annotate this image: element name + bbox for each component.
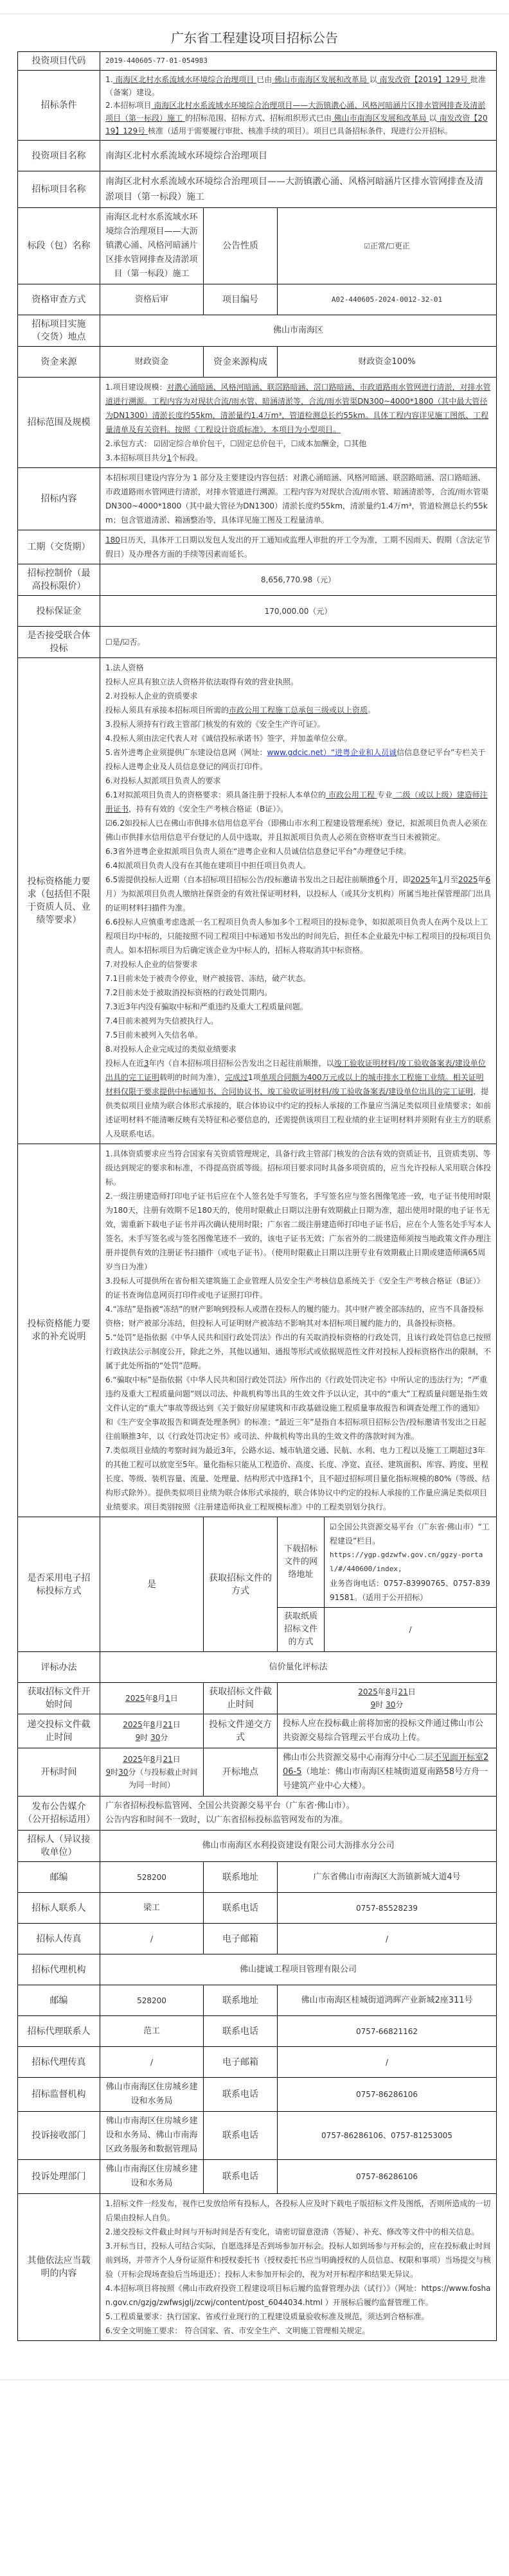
req-line: 7.4目前未被列为失信被执行人。 xyxy=(105,1014,491,1028)
label-download-url: 下载招标文件的网络地址 xyxy=(278,1517,325,1608)
contract-type: 2.承包方式： ☑固定综合单价包干，☐固定总价包干，☐成本加酬金，☐其他 xyxy=(105,437,491,451)
value-invest-name: 南海区北村水系流域水环境综合治理项目 xyxy=(100,141,497,171)
text: 以 xyxy=(370,75,377,84)
label-section: 标段（包）名称 xyxy=(18,208,100,284)
row-complaint-recv: 投诉接收部门 佛山市南海区住房城乡建设和水务局、佛山市南海区政务服务和数据管理局… xyxy=(18,2112,497,2160)
supplement-item: 7.类似项目业绩的考察时间为最近3年，公路水运、城市轨道交通、民航、水利、电力工… xyxy=(105,1443,491,1514)
label-fax: 招标代理传真 xyxy=(18,2047,100,2078)
value-scope: 1.项目建设规模：对漖心涌暗涵、风格河暗涵、联滘路暗涵、滘口路暗涵、市政道路雨水… xyxy=(100,378,497,468)
label-agency: 招标代理机构 xyxy=(18,1954,100,1985)
supplement-item: 6.“骗取中标”是指依据《中华人民共和国行政处罚法》所作出的《行政处罚决定书》中… xyxy=(105,1373,491,1443)
value-fax: / xyxy=(100,2047,204,2078)
specialty: 市政公用工程 xyxy=(326,790,377,799)
hour: 9 xyxy=(136,1733,141,1742)
text: 年内（自本招标项目招标公告发出之日起往前顺推，以 xyxy=(149,1059,334,1068)
value-invest-code: 2019-440605-77-01-054983 xyxy=(100,52,497,71)
months: 6 xyxy=(375,875,380,884)
minute: 30 xyxy=(386,1700,395,1709)
req-line: 8.对投标人企业完成过的类似业绩要求 xyxy=(105,1042,491,1056)
checkbox-unchecked-icon[interactable]: ☐ xyxy=(388,242,395,250)
label-project-code: 项目编号 xyxy=(204,284,278,315)
req-line: 3.投标人须持有行政主管部门核发的有效的《安全生产许可证》。 xyxy=(105,717,491,731)
row-scope: 招标范围及规模 1.项目建设规模：对漖心涌暗涵、风格河暗涵、联滘路暗涵、滘口路暗… xyxy=(18,378,497,468)
bottom-divider xyxy=(0,2341,509,2380)
value-paper-method: / xyxy=(325,1608,497,1652)
text: 个月，即 xyxy=(380,875,411,884)
media-line: 公告内容和时间不一致时，以广东省招标投标监管网发布的为准。 xyxy=(105,1813,491,1827)
text: 6.1对拟派项目负责人的资格要求：须具备注册于投标人本单位的 xyxy=(105,790,326,799)
row-supervisor: 招标监督机构 佛山市南海区住房城乡建设和水务局 联系电话 0757-862861… xyxy=(18,2078,497,2112)
label-zip: 邮编 xyxy=(18,1985,100,2016)
value-phone: 0757-66821162 xyxy=(278,2016,497,2047)
value-deposit: 170,000.00（元） xyxy=(100,596,497,627)
value-phone: 0757-86286106 xyxy=(278,2078,497,2112)
minute: 30 xyxy=(118,1768,128,1777)
label-opening-place: 开标地点 xyxy=(204,1748,278,1797)
value-email: / xyxy=(278,1924,497,1954)
supplement-item: 3.投标人可提供所在省份相关建筑施工企业管理人员安全生产考核信息系统关于《安全生… xyxy=(105,1274,491,1302)
label-scope: 招标范围及规模 xyxy=(18,378,100,468)
row-funding: 资金来源 财政资金 资金来源构成 财政资金100% xyxy=(18,347,497,378)
label-obtain-start: 获取招标文件开始时间 xyxy=(18,1683,100,1714)
row-tenderer-fax: 招标人传真 / 电子邮箱 / xyxy=(18,1924,497,1954)
value-supplement: 1.具体资质要求应当符合国家有关资质管理规定，具备行政主管部门核发的合法有效的资… xyxy=(100,1144,497,1517)
value-requirements: 1.法人资格 投标人应具有独立法人资格并依法取得有效的营业执照。 2.对投标人企… xyxy=(100,658,497,1144)
label-phone: 联系电话 xyxy=(204,1893,278,1924)
approval-doc-ref: 南发改资【2019】129号 xyxy=(377,75,470,84)
text: 投标人须具有承接本招标项目所需的 xyxy=(105,706,229,715)
value-phone: 0757-86286106、0757-81253005 xyxy=(278,2112,497,2160)
day: 21 xyxy=(163,1720,172,1729)
consult-phone: 业务咨询电话：0757-83990765、0757-83991581。（适用于公… xyxy=(330,1576,491,1605)
value-funding: 财政资金 xyxy=(100,347,204,378)
text: 5.省外进粤企业须提供广东建设信息网（网址： xyxy=(105,748,267,757)
req-line: ☑6.2如投标人已在佛山市供排水信用信息平台（即佛山市水利工程建设管理系统）登记… xyxy=(105,816,491,844)
value-period: 180日历天，具体开工日期以发包人发出的开工通知或监理人审批的开工令为准，工期不… xyxy=(100,530,497,564)
req-line: 6.6投标人应慎重考虑选派一名工程项目负责人参加多个工程项目的投标竞争，如拟派项… xyxy=(105,915,491,957)
year: 2025 xyxy=(411,875,431,884)
value-complaint-recv: 佛山市南海区住房城乡建设和水务局、佛山市南海区政务服务和数据管理局 xyxy=(100,2112,204,2160)
text: 1.项目建设规模： xyxy=(105,383,166,392)
row-agency-contact: 招标代理联系人 范工 联系电话 0757-66821162 xyxy=(18,2016,497,2047)
approver-ref: 佛山市南海区发展和改革局 xyxy=(272,75,370,84)
value-phone: 0757-85528239 xyxy=(278,1893,497,1924)
label-paper-method: 获取纸质招标文件的方式 xyxy=(278,1608,325,1652)
text: 个标段。 xyxy=(172,453,202,462)
other-item: 5.工程质量要求：执行国家、省或行业现行的工程建设质量验收标准及规范，须达到合格… xyxy=(105,2310,491,2324)
value-phone: 0757-86286106 xyxy=(278,2160,497,2194)
text: 3.本招标项目共分 xyxy=(105,453,166,462)
label-funding: 资金来源 xyxy=(18,347,100,378)
label-supervisor: 招标监督机构 xyxy=(18,2078,100,2112)
period-days: 180 xyxy=(105,535,120,544)
value-supervisor: 佛山市南海区住房城乡建设和水务局 xyxy=(100,2078,204,2112)
year: 2025 xyxy=(125,1694,145,1703)
row-invest-code: 投资项目代码 2019-440605-77-01-054983 xyxy=(18,52,497,71)
supplement-item: 1.具体资质要求应当符合国家有关资质管理规定，具备行政主管部门核发的合法有效的资… xyxy=(105,1147,491,1189)
value-opening-time: 2025年8月21日9时30分（与投标截止时间为同一时间） xyxy=(100,1748,204,1797)
media-line: 广东省招标投标监管网、全国公共资源交易平台（广东省·佛山市）。 xyxy=(105,1799,491,1813)
text: 年 xyxy=(478,875,486,884)
row-obtain-time: 获取招标文件开始时间 2025年8月1日 获取招标文件截止时间 2025年8月2… xyxy=(18,1683,497,1714)
opening-note: （与投标截止时间为同一时间） xyxy=(129,1768,198,1789)
row-submit: 递交投标文件截止时间 2025年8月21日9时 30分 投标文件递交方式 投标人… xyxy=(18,1714,497,1748)
row-requirements: 投标资格能力要求（包括但不限于资质人员、业绩等要求） 1.法人资格 投标人应具有… xyxy=(18,658,497,1144)
label-address: 联系地址 xyxy=(204,1862,278,1893)
row-media: 发布公告媒介（公开招标适用） 广东省招标投标监管网、全国公共资源交易平台（广东省… xyxy=(18,1797,497,1831)
label-qualification: 资格审查方式 xyxy=(18,284,100,315)
value-nature: ☑正常/☐更正 xyxy=(278,208,497,284)
req-line: 4.投标人须由法定代表人对《诚信投标承诺书》签字，并加盖单位公章。 xyxy=(105,731,491,745)
label-invest-code: 投资项目代码 xyxy=(18,52,100,71)
month: 6 xyxy=(486,875,491,884)
label-complaint-recv: 投诉接收部门 xyxy=(18,2112,100,2160)
text: 1. xyxy=(105,75,112,84)
day: 21 xyxy=(398,1687,407,1696)
text: 月至 xyxy=(443,875,458,884)
value-qualification: 资格后审 xyxy=(100,284,204,315)
option-correction: 更正 xyxy=(395,241,410,250)
row-ebid-download: 是否采用电子招标投标方式 是 获取招标文件的方式 下载招标文件的网络地址 ☑全国… xyxy=(18,1517,497,1608)
minute: 30 xyxy=(150,1733,160,1742)
text: 月）为拟派项目负责人缴纳社保资金的有效社保证明材料，以投标人（或其分支机构）所属… xyxy=(105,889,491,912)
row-consortium: 是否接受联合体投标 ☐是/☑否。 xyxy=(18,627,497,658)
text: 年 xyxy=(430,875,438,884)
value-project-code: A02-440605-2024-0012-32-01 xyxy=(278,284,497,315)
req-line: 7.3近3年内没有骗取中标和严重违约及重大工程质量问题。 xyxy=(105,1000,491,1014)
supplement-item: 5.“处罚”是指依据《中华人民共和国行政处罚法》作出的有关取消投标资格的行政处罚… xyxy=(105,1330,491,1373)
label-ebid: 是否采用电子招标投标方式 xyxy=(18,1517,100,1652)
value-zip: 528200 xyxy=(100,1985,204,2016)
text: 完成过 xyxy=(225,1073,248,1082)
label-obtain-method: 获取招标文件的方式 xyxy=(204,1517,278,1652)
label-email: 电子邮箱 xyxy=(204,1924,278,1954)
value-submit-deadline: 2025年8月21日9时 30分 xyxy=(100,1714,204,1748)
year: 2025 xyxy=(123,1755,143,1764)
text: 1项 xyxy=(248,1073,261,1082)
value-control-price: 8,656,770.98（元） xyxy=(100,564,497,596)
text: 核准（适用于需要履行审批、核准手续的项目）。项目已具备招标条件，现进行公开招标。 xyxy=(148,126,452,135)
label-address: 联系地址 xyxy=(204,1985,278,2016)
other-item: 3.开标当日，投标人可结合实际，自愿选择是否到场参加开标会。投标人如到场参与开标… xyxy=(105,2239,491,2281)
value-section: 南海区北村水系流域水环境综合治理项目——大沥镇漖心涌、风格河暗涵片区排水管网排查… xyxy=(100,208,204,284)
row-content: 招标内容 本招标项目建设内容分为 1 部分及主要建设内容包括：对漖心涌暗涵、风格… xyxy=(18,468,497,530)
req-line: 6.4拟派项目负责人没有在其他在建项目中担任项目负责人。 xyxy=(105,858,491,873)
text: ，持有有效的《安全生产考核合格证（B证）》。 xyxy=(129,805,288,814)
row-control-price: 招标控制价（最高投标限价） 8,656,770.98（元） xyxy=(18,564,497,596)
other-item: 2.递交投标文件截止时间与开标时间是否有变化，请密切留意澄清（答疑）、补充、修改… xyxy=(105,2225,491,2239)
row-tenderer: 招标人（异议接收单位） 佛山市南海区水利投资建设有限公司大沥排水分公司 xyxy=(18,1831,497,1862)
value-opening-place: 佛山市公共资源交易中心南海分中心二层不见面开标室206-5（地址：佛山市南海区桂… xyxy=(278,1748,497,1797)
value-conditions: 1. 南海区北村水系流域水环境综合治理项目 已由 佛山市南海区发展和改革局 以 … xyxy=(100,71,497,141)
value-address: 广东省佛山市南海区大沥镇新城大道4号 xyxy=(278,1862,497,1893)
label-consortium: 是否接受联合体投标 xyxy=(18,627,100,658)
row-agency: 招标代理机构 佛山捷诚工程项目管理有限公司 xyxy=(18,1954,497,1985)
text: 佛山市公共资源交易中心南海分中心二层 xyxy=(283,1753,433,1762)
row-qualification: 资格审查方式 资格后审 项目编号 A02-440605-2024-0012-32… xyxy=(18,284,497,315)
other-item: 4.本招标项目将按照《佛山市政府投资工程建设项目标后履约监督管理办法（试行）》（… xyxy=(105,2281,491,2310)
value-other: 1.招标文件一经发布，视作已发放给所有投标人，各投标人应及时下载电子版招标文件及… xyxy=(100,2194,497,2341)
supplement-item: 4.“冻结”是指被“冻结”的财产影响到投标人或潜在投标人的履约能力。其中财产被全… xyxy=(105,1302,491,1330)
label-fax: 招标人传真 xyxy=(18,1924,100,1954)
supplement-item: 2.一级注册建造师打印电子证书后应在个人签名处手写签名，手写签名应与签名图像笔迹… xyxy=(105,1189,491,1274)
text: 已由 xyxy=(256,75,272,84)
row-opening: 开标时间 2025年8月21日9时30分（与投标截止时间为同一时间） 开标地点 … xyxy=(18,1748,497,1797)
req-line: 1.法人资格 xyxy=(105,661,491,675)
label-deposit: 投标保证金 xyxy=(18,596,100,627)
section-count: 1 xyxy=(166,453,172,462)
row-tenderer-contact: 招标人联系人 梁工 联系电话 0757-85528239 xyxy=(18,1893,497,1924)
row-complaint-proc: 投诉处理部门 佛山市南海区住房城乡建设和水务局 联系电话 0757-862861… xyxy=(18,2160,497,2194)
value-content: 本招标项目建设内容分为 1 部分及主要建设内容包括：对漖心涌暗涵、风格河暗涵、联… xyxy=(100,468,497,530)
row-agency-fax: 招标代理传真 / 电子邮箱 / xyxy=(18,2047,497,2078)
page-title: 广东省工程建设项目招标公告 xyxy=(0,14,509,46)
label-conditions: 招标条件 xyxy=(18,71,100,141)
value-contact: 梁工 xyxy=(100,1893,204,1924)
row-supplement: 投标资格能力要求的补充说明 1.具体资质要求应当符合国家有关资质管理规定，具备行… xyxy=(18,1144,497,1517)
label-other: 其他依法应当载明的内容 xyxy=(18,2194,100,2341)
hour: 9 xyxy=(106,1768,111,1777)
label-phone: 联系电话 xyxy=(204,2078,278,2112)
label-control-price: 招标控制价（最高投标限价） xyxy=(18,564,100,596)
row-section: 标段（包）名称 南海区北村水系流域水环境综合治理项目——大沥镇漖心涌、风格河暗涵… xyxy=(18,208,497,284)
download-url-link[interactable]: https://ygp.gdzwfw.gov.cn/ggzy-portal/#/… xyxy=(330,1548,491,1576)
label-phone: 联系电话 xyxy=(204,2160,278,2194)
text: 的招标范围、招标方式、招标组织形式已由 xyxy=(185,114,332,123)
value-eval: 信价量化评标法 xyxy=(100,1652,497,1683)
label-submit-deadline: 递交投标文件截止时间 xyxy=(18,1714,100,1748)
label-phone: 联系电话 xyxy=(204,2016,278,2047)
text: 。 xyxy=(368,706,375,715)
required-qualification: 市政公用工程施工总承包三级或以上资质 xyxy=(229,706,368,715)
label-nature: 公告性质 xyxy=(204,208,278,284)
text: 2.本招标项目 xyxy=(105,101,151,110)
text: 载明的时间为准）， xyxy=(159,1073,225,1082)
value-submit-method: 投标人应在投标截止前将加密的投标文件通过佛山市公共资源交易综合管理云平台成功上传… xyxy=(278,1714,497,1748)
month: 8 xyxy=(150,1720,156,1729)
label-opening-time: 开标时间 xyxy=(18,1748,100,1797)
project-name-ref: 南海区北村水系流域水环境综合治理项目 xyxy=(112,75,256,84)
year: 2025 xyxy=(358,1687,378,1696)
value-email: / xyxy=(278,2047,497,2078)
month: 8 xyxy=(153,1694,158,1703)
label-period: 工期（交货期） xyxy=(18,530,100,564)
top-divider xyxy=(0,0,509,14)
day: 21 xyxy=(163,1755,172,1764)
label-obtain-end: 获取招标文件截止时间 xyxy=(204,1683,278,1714)
label-invest-name: 投资项目名称 xyxy=(18,141,100,171)
value-address: 佛山市南海区桂城街道鸿晖产业新城2座311号 xyxy=(278,1985,497,2016)
value-agency: 佛山捷诚工程项目管理有限公司 xyxy=(100,1954,497,1985)
approver-ref: 佛山市南海区发展和改革局 xyxy=(332,114,429,123)
checkbox-checked-icon[interactable]: ☑ xyxy=(364,242,370,250)
label-contact: 招标人联系人 xyxy=(18,1893,100,1924)
req-line: 6.对投标人拟派项目负责人的要求 xyxy=(105,774,491,788)
row-invest-name: 投资项目名称 南海区北村水系流域水环境综合治理项目 xyxy=(18,141,497,171)
req-line: 7.对投标人企业的信誉要求 xyxy=(105,957,491,971)
row-other: 其他依法应当载明的内容 1.招标文件一经发布，视作已发放给所有投标人，各投标人应… xyxy=(18,2194,497,2341)
value-download: ☑全国公共资源交易平台（广东省·佛山市）“工程建设”栏目。 https://yg… xyxy=(325,1517,497,1608)
req-line: 2.对投标人企业的资质要求 xyxy=(105,689,491,703)
value-obtain-end: 2025年8月21日9时 30分 xyxy=(278,1683,497,1714)
label-contact: 招标代理联系人 xyxy=(18,2016,100,2047)
label-complaint-proc: 投诉处理部门 xyxy=(18,2160,100,2194)
row-location: 招标项目实施（交货）地点 佛山市南海区 xyxy=(18,315,497,347)
year: 2025 xyxy=(458,875,478,884)
row-eval: 评标办法 信价量化评标法 xyxy=(18,1652,497,1683)
value-ebid: 是 xyxy=(100,1517,204,1652)
req-line: 7.5目前未被列入失信名单。 xyxy=(105,1028,491,1042)
value-tenderer: 佛山市南海区水利投资建设有限公司大沥排水分公司 xyxy=(100,1831,497,1862)
label-bid-name: 招标项目名称 xyxy=(18,171,100,208)
platform-name: ☑全国公共资源交易平台（广东省·佛山市）“工程建设”栏目。 xyxy=(330,1520,491,1548)
label-submit-method: 投标文件递交方式 xyxy=(204,1714,278,1748)
req-line: 6.3省外进粤企业拟派项目负责人须在“进粤企业和人员诚信信息登记平台”办理登记手… xyxy=(105,844,491,858)
label-location: 招标项目实施（交货）地点 xyxy=(18,315,100,347)
label-email: 电子邮箱 xyxy=(204,2047,278,2078)
req-line: 投标人应具有独立法人资格并依法取得有效的营业执照。 xyxy=(105,675,491,689)
req-line: 7.2目前未处于被取消投标资格的行政处罚期内。 xyxy=(105,986,491,1000)
label-media: 发布公告媒介（公开招标适用） xyxy=(18,1797,100,1831)
hour: 9 xyxy=(371,1700,376,1709)
label-tenderer: 招标人（异议接收单位） xyxy=(18,1831,100,1862)
value-funding-comp: 财政资金100% xyxy=(278,347,497,378)
value-location: 佛山市南海区 xyxy=(100,315,497,347)
label-eval: 评标办法 xyxy=(18,1652,100,1683)
label-funding-comp: 资金来源构成 xyxy=(204,347,278,378)
option-normal: 正常/ xyxy=(370,241,388,250)
text: 6.5需提供投标人近期（自本招标项目招标公告/投标邀请书发出之日起往前顺推 xyxy=(105,875,375,884)
year: 2025 xyxy=(123,1720,143,1729)
row-agency-zip: 邮编 528200 联系地址 佛山市南海区桂城街道鸿晖产业新城2座311号 xyxy=(18,1985,497,2016)
other-item: 1.招标文件一经发布，视作已发放给所有投标人，各投标人应及时下载电子版招标文件及… xyxy=(105,2197,491,2225)
other-item: 6.安全文明施工要求： 符合国家、省、市安全生产、文明施工管理相关规定。 xyxy=(105,2324,491,2338)
month: 8 xyxy=(150,1755,156,1764)
row-deposit: 投标保证金 170,000.00（元） xyxy=(18,596,497,627)
label-supplement: 投标资格能力要求的补充说明 xyxy=(18,1144,100,1517)
label-zip: 邮编 xyxy=(18,1862,100,1893)
label-phone: 联系电话 xyxy=(204,2112,278,2160)
gdcic-link[interactable]: www.gdcic.net）“进粤企业和人员诚 xyxy=(267,748,397,757)
text: 专业 xyxy=(377,790,393,799)
row-tenderer-zip: 邮编 528200 联系地址 广东省佛山市南海区大沥镇新城大道4号 xyxy=(18,1862,497,1893)
value-bid-name: 南海区北村水系流域水环境综合治理项目——大沥镇漖心涌、风格河暗涵片区排水管网排查… xyxy=(100,171,497,208)
req-line: 7.1目前未处于被责令停业，财产被接管、冻结，破产状态。 xyxy=(105,971,491,986)
month: 8 xyxy=(386,1687,391,1696)
value-fax: / xyxy=(100,1924,204,1954)
label-requirements: 投标资格能力要求（包括但不限于资质人员、业绩等要求） xyxy=(18,658,100,1144)
value-complaint-proc: 佛山市南海区住房城乡建设和水务局 xyxy=(100,2160,204,2194)
row-period: 工期（交货期） 180日历天，具体开工日期以发包人发出的开工通知或监理人审批的开… xyxy=(18,530,497,564)
value-zip: 528200 xyxy=(100,1862,204,1893)
notice-table: 投资项目代码 2019-440605-77-01-054983 招标条件 1. … xyxy=(17,51,497,2341)
text: 投标人在近 xyxy=(105,1059,144,1068)
row-bid-name: 招标项目名称 南海区北村水系流域水环境综合治理项目——大沥镇漖心涌、风格河暗涵片… xyxy=(18,171,497,208)
text: 以 xyxy=(429,114,436,123)
value-obtain-start: 2025年8月1日 xyxy=(100,1683,204,1714)
row-conditions: 招标条件 1. 南海区北村水系流域水环境综合治理项目 已由 佛山市南海区发展和改… xyxy=(18,71,497,141)
day: 1 xyxy=(165,1694,170,1703)
value-media: 广东省招标投标监管网、全国公共资源交易平台（广东省·佛山市）。 公告内容和时间不… xyxy=(100,1797,497,1831)
text: 日历天，具体开工日期以发包人发出的开工通知或监理人审批的开工令为准，工期不因雨天… xyxy=(105,535,490,559)
label-content: 招标内容 xyxy=(18,468,100,530)
value-contact: 范工 xyxy=(100,2016,204,2047)
text: （地址：佛山市南海区桂城街道夏南路58号方舟一号建筑产业中心大楼）。 xyxy=(283,1767,488,1791)
years: 3 xyxy=(144,1059,149,1068)
value-consortium: ☐是/☑否。 xyxy=(100,627,497,658)
month: 1 xyxy=(438,875,443,884)
